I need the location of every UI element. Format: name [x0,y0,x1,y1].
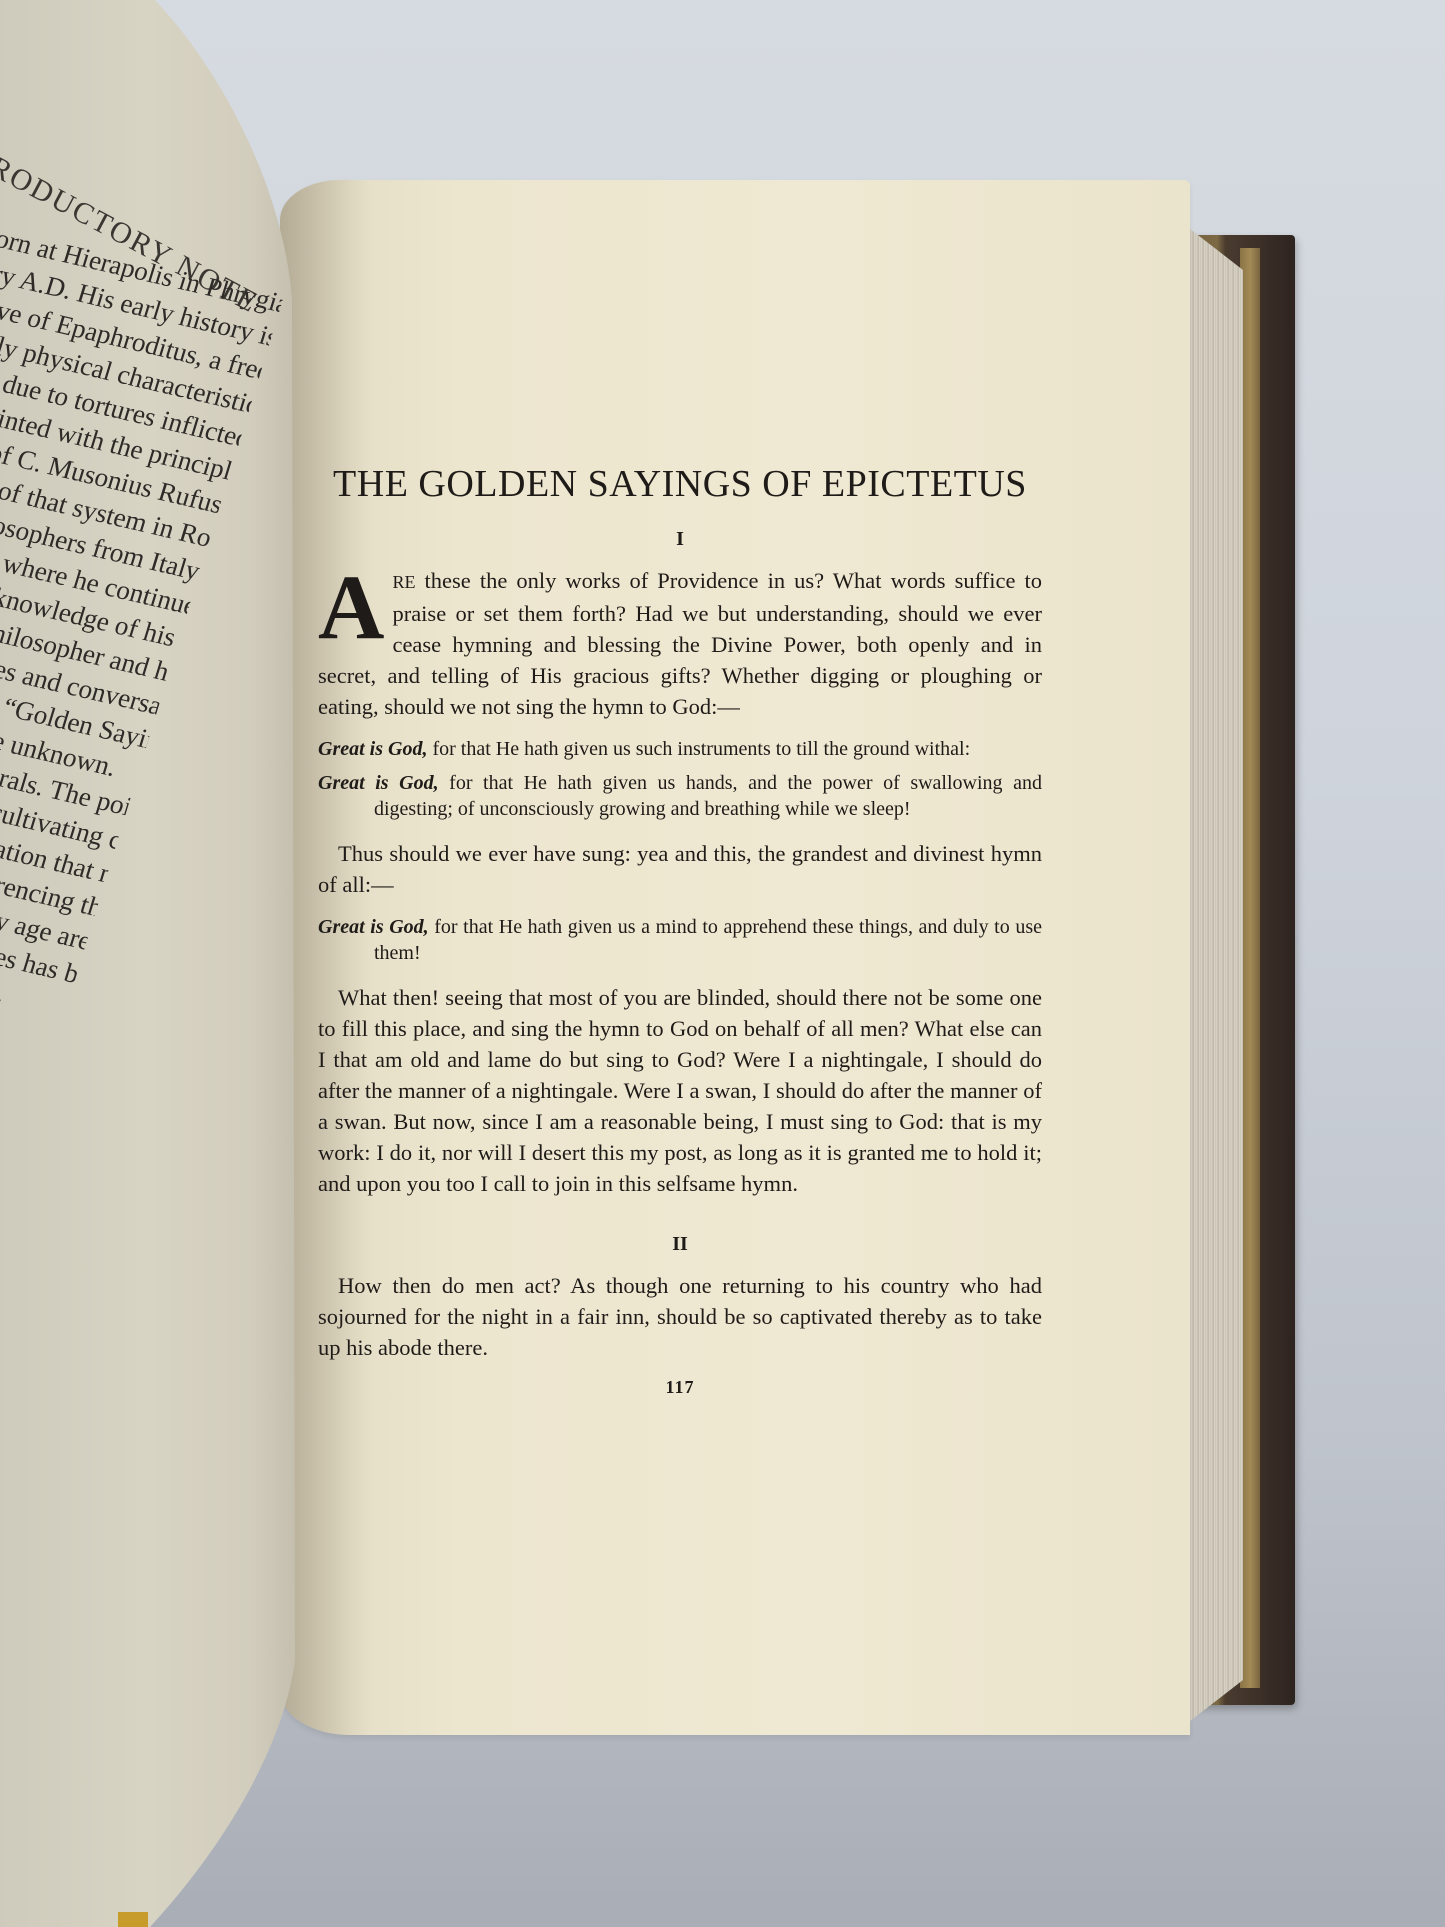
book-cover-board [1240,248,1260,1688]
page-block-edges [1185,225,1243,1725]
verse-lead: Great is God, [318,772,439,794]
ribbon-marker [118,1912,148,1927]
small-caps-word: RE [392,572,415,592]
section-1-opening-paragraph: ARE these the only works of Providence i… [318,565,1042,722]
section-1-paragraph-3: What then! seeing that most of you are b… [318,982,1042,1199]
verse-text: for that He hath given us such instrumen… [427,738,970,760]
verse-text: for that He hath given us a mind to appr… [374,916,1042,964]
drop-cap: A [318,571,384,643]
section-number: II [318,1233,1042,1256]
verse-lead: Great is God, [318,916,429,938]
section-1-paragraph-2: Thus should we ever have sung: yea and t… [318,838,1042,900]
book-photo: THE GOLDEN SAYINGS OF EPICTETUS I ARE th… [0,0,1445,1927]
verse-lead: Great is God, [318,738,427,760]
hymn-verse: Great is God, for that He hath given us … [318,736,1042,762]
hymn-verse: Great is God, for that He hath given us … [318,914,1042,966]
right-page-content: THE GOLDEN SAYINGS OF EPICTETUS I ARE th… [318,462,1042,1398]
verse-text: for that He hath given us hands, and the… [374,772,1042,820]
section-number: I [318,528,1042,551]
opening-text: these the only works of Providence in us… [318,568,1042,719]
section-2-paragraph-1: How then do men act? As though one retur… [318,1270,1042,1363]
left-page-text: , born at Hierapolis in Phrygia, proba n… [0,215,287,1025]
hymn-verse: Great is God, for that He hath given us … [318,770,1042,822]
page-number: 117 [318,1377,1042,1398]
left-page: RODUCTORY NOTE , born at Hierapolis in P… [0,0,295,1927]
chapter-title: THE GOLDEN SAYINGS OF EPICTETUS [318,462,1042,506]
